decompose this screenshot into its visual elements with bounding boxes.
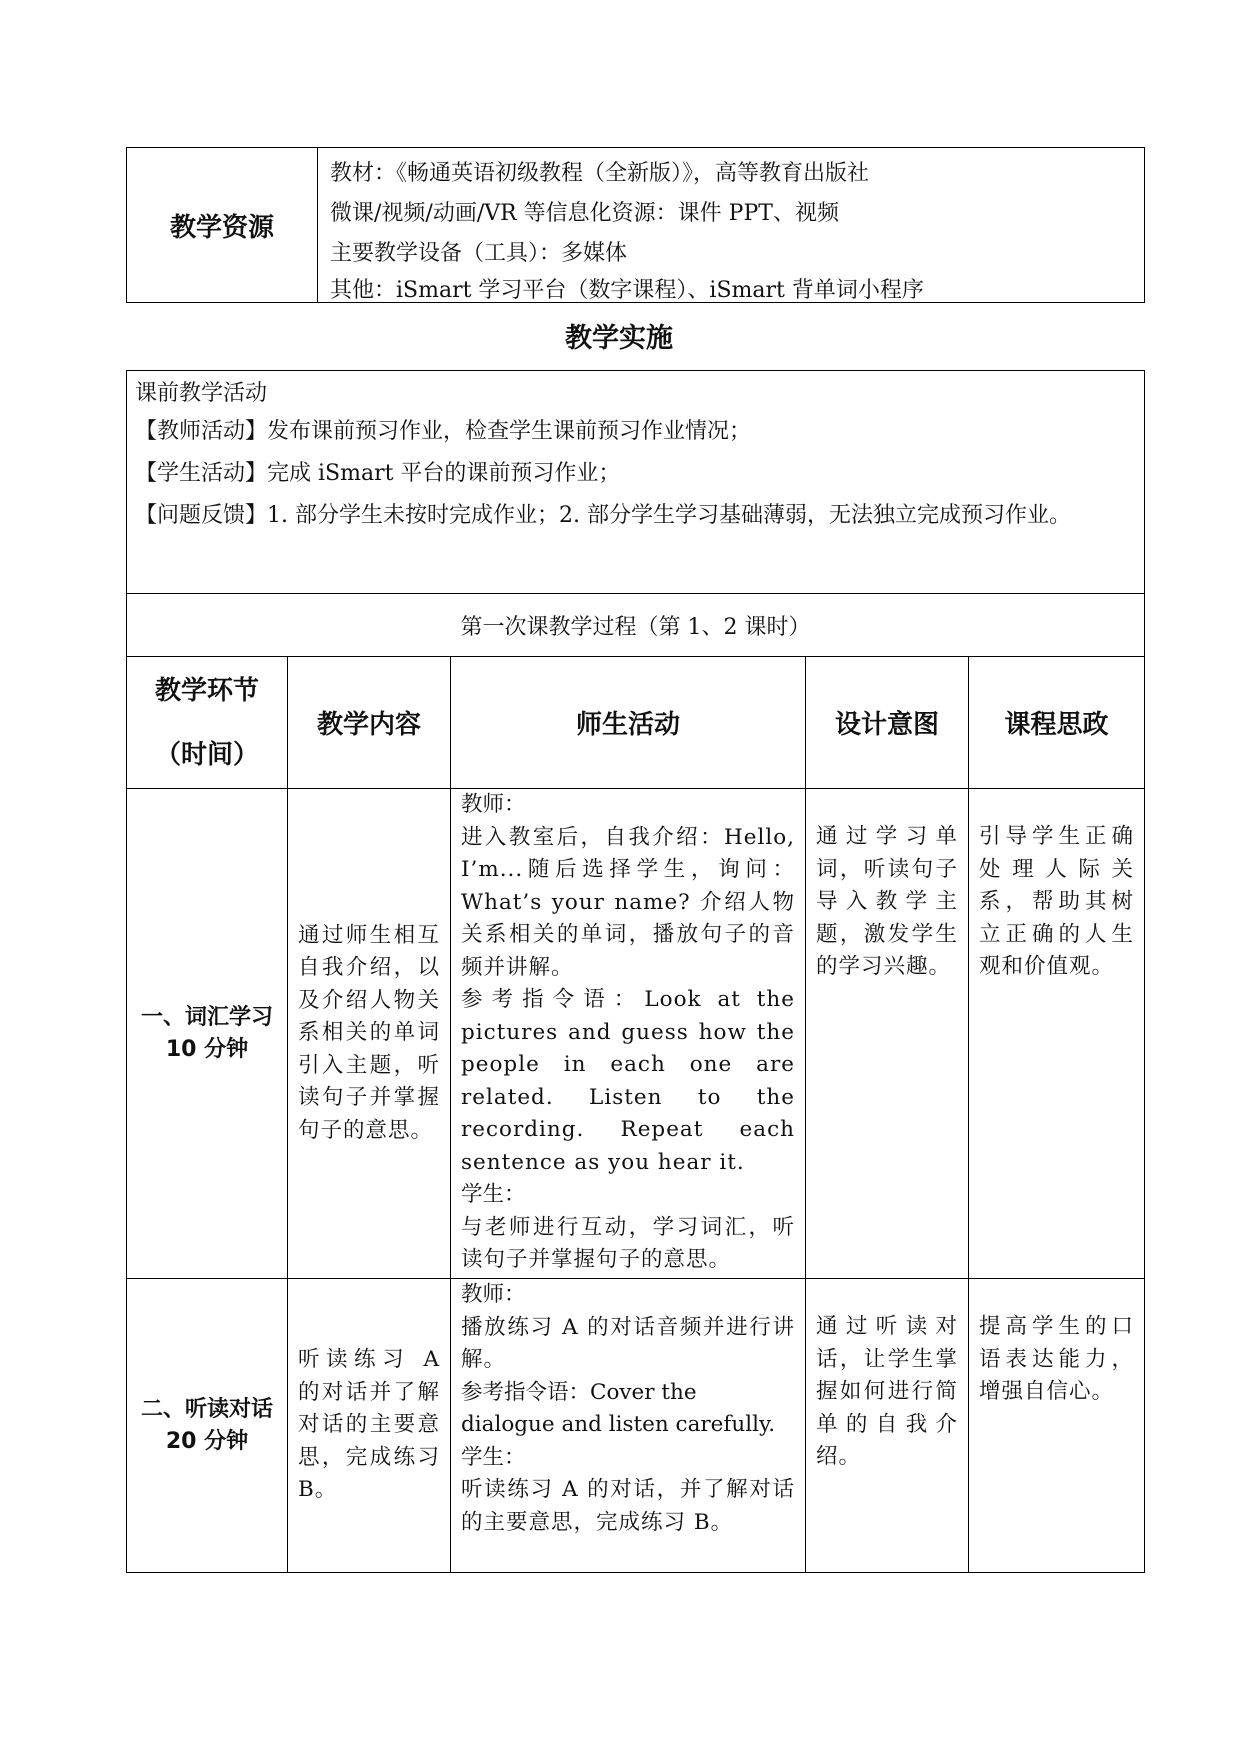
header-stage-line2: （时间） [155,723,259,787]
row2-stage: 二、听读对话 20 分钟 [127,1279,288,1572]
header-stage: 教学环节 （时间） [127,657,288,789]
row2-teacher-text: 播放练习 A 的对话音频并进行讲解。 [461,1312,795,1377]
section-title: 教学实施 [0,316,1238,355]
resources-label: 教学资源 [127,148,318,302]
row2-student-label: 学生： [461,1442,795,1475]
resource-equipment: 主要教学设备（工具）：多媒体 [330,234,1144,274]
row1-stage: 一、词汇学习 10 分钟 [127,789,288,1279]
process-grid-row2: 二、听读对话 20 分钟 听读练习 A 的对话并了解对话的主要意思，完成练习 B… [127,1279,1144,1572]
header-content: 教学内容 [288,657,451,789]
document-page: 教学资源 教材：《畅通英语初级教程（全新版）》，高等教育出版社 微课/视频/动画… [0,0,1238,1751]
row1-intent: 通过学习单词，听读句子导入教学主题，激发学生的学习兴趣。 [806,789,969,1279]
row1-activity: 教师： 进入教室后，自我介绍：Hello, I’m...随后选择学生，询问：Wh… [451,789,806,1279]
row2-teacher-label: 教师： [461,1279,795,1312]
row2-ideology: 提高学生的口语表达能力，增强自信心。 [969,1279,1144,1572]
resources-list: 教材：《畅通英语初级教程（全新版）》，高等教育出版社 微课/视频/动画/VR 等… [318,148,1144,302]
implementation-table: 课前教学活动 【教师活动】发布课前预习作业，检查学生课前预习作业情况； 【学生活… [126,370,1145,1573]
row2-intent: 通过听读对话，让学生掌握如何进行简单的自我介绍。 [806,1279,969,1572]
row1-student-label: 学生： [461,1179,795,1212]
row1-teacher-text: 进入教室后，自我介绍：Hello, I’m...随后选择学生，询问：What’s… [461,822,795,985]
pre-class-title: 课前教学活动 [135,377,1136,411]
pre-class-teacher: 【教师活动】发布课前预习作业，检查学生课前预习作业情况； [135,411,1136,453]
header-ideology: 课程思政 [969,657,1144,789]
header-intent: 设计意图 [806,657,969,789]
row2-prompt: 参考指令语：Cover the dialogue and listen care… [461,1377,795,1442]
pre-class-feedback: 【问题反馈】1. 部分学生未按时完成作业；2. 部分学生学习基础薄弱，无法独立完… [135,491,1136,541]
resource-media: 微课/视频/动画/VR 等信息化资源：课件 PPT、视频 [330,194,1144,234]
resource-textbook: 教材：《畅通英语初级教程（全新版）》，高等教育出版社 [330,154,1144,194]
row2-stage-name: 二、听读对话 [141,1394,273,1426]
row2-content: 听读练习 A 的对话并了解对话的主要意思，完成练习 B。 [288,1279,451,1572]
row2-student-text: 听读练习 A 的对话，并了解对话的主要意思，完成练习 B。 [461,1474,795,1539]
teaching-resources-table: 教学资源 教材：《畅通英语初级教程（全新版）》，高等教育出版社 微课/视频/动画… [126,147,1145,303]
row1-stage-name: 一、词汇学习 [141,1002,273,1034]
row1-stage-time: 10 分钟 [141,1034,273,1066]
row1-ideology: 引导学生正确处理人际关系，帮助其树立正确的人生观和价值观。 [969,789,1144,1279]
resource-other: 其他：iSmart 学习平台（数字课程）、iSmart 背单词小程序 [330,274,1144,308]
row1-content: 通过师生相互自我介绍，以及介绍人物关系相关的单词引入主题，听读句子并掌握句子的意… [288,789,451,1279]
row1-prompt: 参考指令语：Look at the pictures and guess how… [461,984,795,1179]
row2-stage-time: 20 分钟 [141,1426,273,1458]
row1-student-text: 与老师进行互动，学习词汇，听读句子并掌握句子的意思。 [461,1212,795,1277]
pre-class-activities: 课前教学活动 【教师活动】发布课前预习作业，检查学生课前预习作业情况； 【学生活… [127,371,1144,594]
header-activity: 师生活动 [451,657,806,789]
session-title: 第一次课教学过程（第 1、2 课时） [127,594,1144,657]
row2-activity: 教师： 播放练习 A 的对话音频并进行讲解。 参考指令语：Cover the d… [451,1279,806,1572]
header-stage-line1: 教学环节 [155,659,259,723]
row1-teacher-label: 教师： [461,789,795,822]
process-grid: 教学环节 （时间） 教学内容 师生活动 设计意图 课程思政 一、词汇学习 10 … [127,657,1144,1279]
pre-class-student: 【学生活动】完成 iSmart 平台的课前预习作业； [135,453,1136,495]
